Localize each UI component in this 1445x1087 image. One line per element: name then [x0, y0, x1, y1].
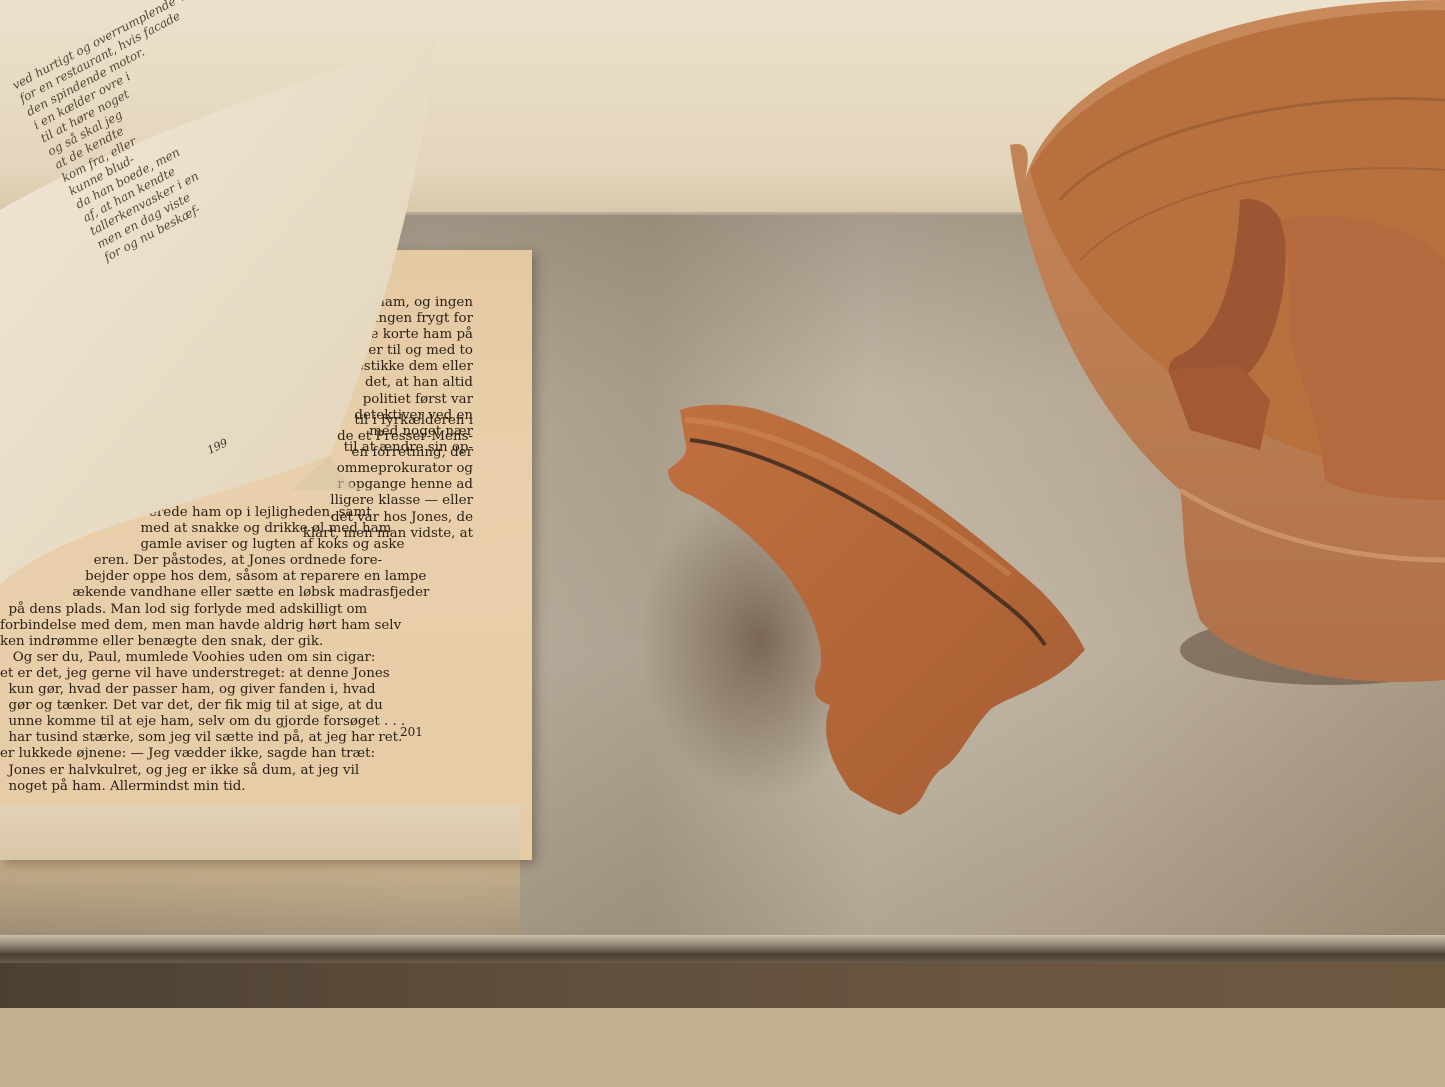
terracotta-bowl [1010, 0, 1445, 685]
